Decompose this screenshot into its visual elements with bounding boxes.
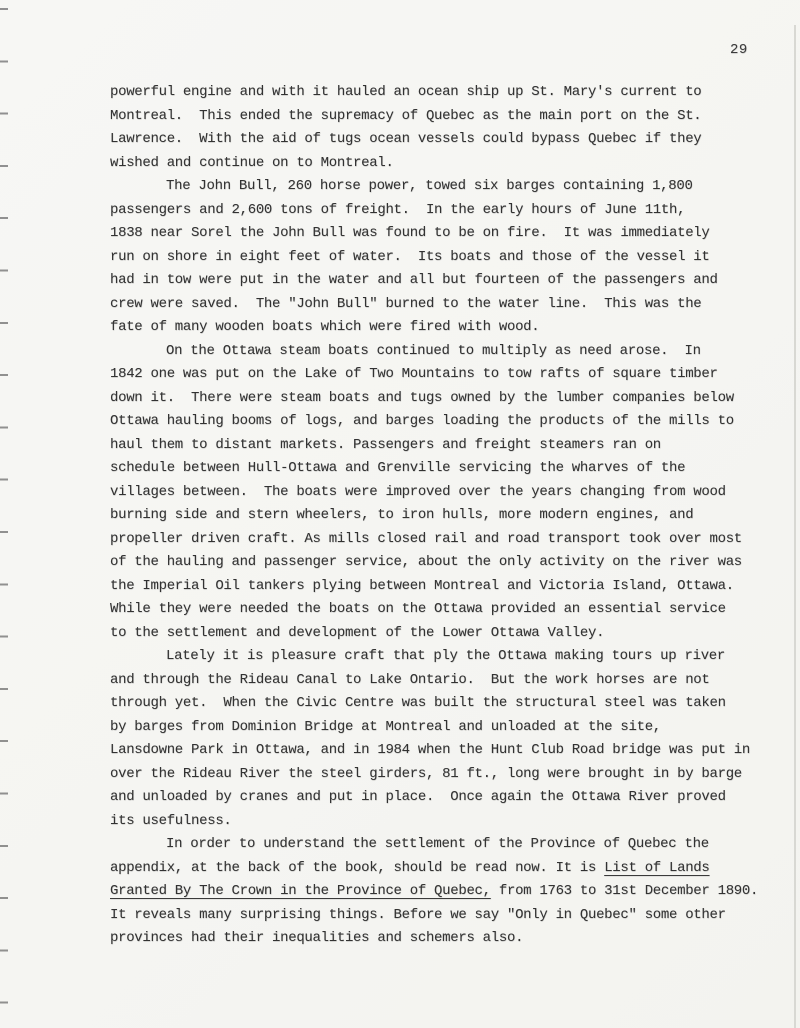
text-line: Granted By The Crown in the Province of …: [110, 880, 780, 904]
text-line: 1838 near Sorel the John Bull was found …: [110, 222, 780, 246]
text-line: through yet. When the Civic Centre was b…: [110, 692, 780, 716]
text-line: provinces had their inequalities and sch…: [110, 927, 780, 951]
text-line: and through the Rideau Canal to Lake Ont…: [110, 669, 780, 693]
text-line: had in tow were put in the water and all…: [110, 269, 780, 293]
text-line: passengers and 2,600 tons of freight. In…: [110, 199, 780, 223]
left-edge-scan-marks: [0, 8, 8, 1004]
text-line: The John Bull, 260 horse power, towed si…: [110, 175, 780, 199]
text-line: over the Rideau River the steel girders,…: [110, 763, 780, 787]
text-line: crew were saved. The "John Bull" burned …: [110, 293, 780, 317]
text-line: Ottawa hauling booms of logs, and barges…: [110, 410, 780, 434]
text-line: Lawrence. With the aid of tugs ocean ves…: [110, 128, 780, 152]
page-text: powerful engine and with it hauled an oc…: [110, 81, 780, 951]
text-line: It reveals many surprising things. Befor…: [110, 904, 780, 928]
text-line: Lately it is pleasure craft that ply the…: [110, 645, 780, 669]
text-line: burning side and stern wheelers, to iron…: [110, 504, 780, 528]
text-line: run on shore in eight feet of water. Its…: [110, 246, 780, 270]
underlined-text: List of Lands: [604, 860, 709, 876]
text-line: by barges from Dominion Bridge at Montre…: [110, 716, 780, 740]
paragraph: Lately it is pleasure craft that ply the…: [110, 645, 780, 833]
text-line: On the Ottawa steam boats continued to m…: [110, 340, 780, 364]
text-line: haul them to distant markets. Passengers…: [110, 434, 780, 458]
text-line: Montreal. This ended the supremacy of Qu…: [110, 105, 780, 129]
paragraph: The John Bull, 260 horse power, towed si…: [110, 175, 780, 340]
page-number: 29: [730, 42, 748, 58]
text-line: fate of many wooden boats which were fir…: [110, 316, 780, 340]
text-line: to the settlement and development of the…: [110, 622, 780, 646]
text-line: wished and continue on to Montreal.: [110, 152, 780, 176]
text-line: villages between. The boats were improve…: [110, 481, 780, 505]
text-line: the Imperial Oil tankers plying between …: [110, 575, 780, 599]
text-line: of the hauling and passenger service, ab…: [110, 551, 780, 575]
text-line: and unloaded by cranes and put in place.…: [110, 786, 780, 810]
underlined-text: Granted By The Crown in the Province of …: [110, 883, 491, 899]
text-line: down it. There were steam boats and tugs…: [110, 387, 780, 411]
text-segment: appendix, at the back of the book, shoul…: [110, 860, 604, 876]
paragraph: powerful engine and with it hauled an oc…: [110, 81, 780, 175]
text-line: powerful engine and with it hauled an oc…: [110, 81, 780, 105]
text-segment: from 1763 to 31st December 1890.: [491, 883, 758, 899]
page-right-edge-line: [794, 25, 796, 1028]
text-line: While they were needed the boats on the …: [110, 598, 780, 622]
paragraph: On the Ottawa steam boats continued to m…: [110, 340, 780, 646]
text-line: its usefulness.: [110, 810, 780, 834]
text-line: 1842 one was put on the Lake of Two Moun…: [110, 363, 780, 387]
text-line: In order to understand the settlement of…: [110, 833, 780, 857]
text-line: appendix, at the back of the book, shoul…: [110, 857, 780, 881]
text-line: propeller driven craft. As mills closed …: [110, 528, 780, 552]
text-line: Lansdowne Park in Ottawa, and in 1984 wh…: [110, 739, 780, 763]
paragraph: In order to understand the settlement of…: [110, 833, 780, 951]
text-line: schedule between Hull-Ottawa and Grenvil…: [110, 457, 780, 481]
